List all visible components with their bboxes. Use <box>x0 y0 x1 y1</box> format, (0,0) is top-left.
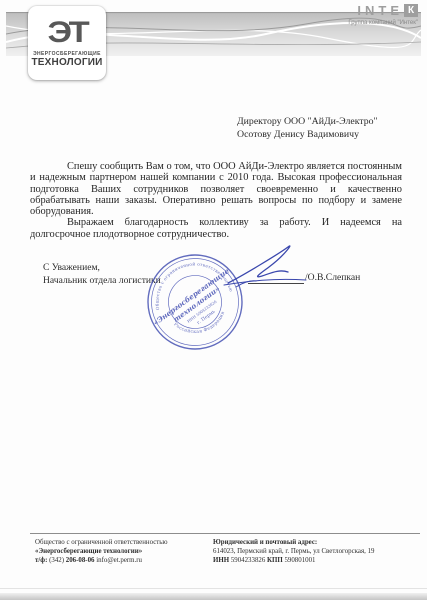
body-paragraph-2: Выражаем благодарность коллективу за раб… <box>30 217 402 240</box>
footer-company-name: «Энергосберегающие технологии» <box>35 547 213 556</box>
footer-inn-value: 5904233826 <box>231 557 265 564</box>
footer-right-column: Юридический и почтовый адрес: 614023, Пе… <box>213 538 421 565</box>
company-logo: ЭТ ЭНЕРГОСБЕРЕГАЮЩИЕ ТЕХНОЛОГИИ <box>28 6 106 80</box>
intec-group-logo: INTE К Группа компаний "Интек" <box>348 3 418 26</box>
letter-body: Спешу сообщить Вам о том, что ООО АйДи-Э… <box>30 161 402 240</box>
footer-company-type: Общество с ограниченной ответственностью <box>35 538 213 547</box>
recipient-line1: Директору ООО "АйДи-Электро" <box>237 116 378 129</box>
footer-kpp-value: 590801001 <box>284 557 315 564</box>
recipient-line2: Осотову Денису Вадимовичу <box>237 129 378 142</box>
footer-email: info@et.perm.ru <box>96 557 142 564</box>
footer-kpp-label: КПП <box>267 557 283 564</box>
footer-phone-number: 206-08-06 <box>66 557 95 564</box>
footer-inn-label: ИНН <box>213 557 229 564</box>
footer-inn-kpp-line: ИНН 5904233826 КПП 590801001 <box>213 556 421 565</box>
footer-divider <box>30 533 420 534</box>
body-paragraph-1: Спешу сообщить Вам о том, что ООО АйДи-Э… <box>30 161 402 217</box>
scanned-letter-page: ЭТ ЭНЕРГОСБЕРЕГАЮЩИЕ ТЕХНОЛОГИИ INTE К Г… <box>0 0 427 600</box>
footer: Общество с ограниченной ответственностью… <box>35 538 421 565</box>
intec-subtitle: Группа компаний "Интек" <box>348 20 418 26</box>
recipient-block: Директору ООО "АйДи-Электро" Осотову Ден… <box>237 116 378 141</box>
footer-address: 614023, Пермский край, г. Пермь, ул Свет… <box>213 547 421 556</box>
company-name-line2: ТЕХНОЛОГИИ <box>31 57 102 68</box>
footer-address-title: Юридический и почтовый адрес: <box>213 538 421 547</box>
footer-phone-line: т/ф: (342) 206-08-06 info@et.perm.ru <box>35 556 213 565</box>
scan-artifact-line <box>0 588 427 589</box>
company-logo-mark: ЭТ <box>48 18 87 48</box>
footer-phone-label: т/ф: <box>35 557 47 564</box>
footer-phone-code: (342) <box>49 557 64 564</box>
scan-bottom-edge <box>0 593 427 600</box>
footer-left-column: Общество с ограниченной ответственностью… <box>35 538 213 565</box>
intec-wordmark: INTE <box>357 3 403 18</box>
signature-scribble <box>222 243 314 291</box>
intec-boxed-letter: К <box>404 4 418 17</box>
